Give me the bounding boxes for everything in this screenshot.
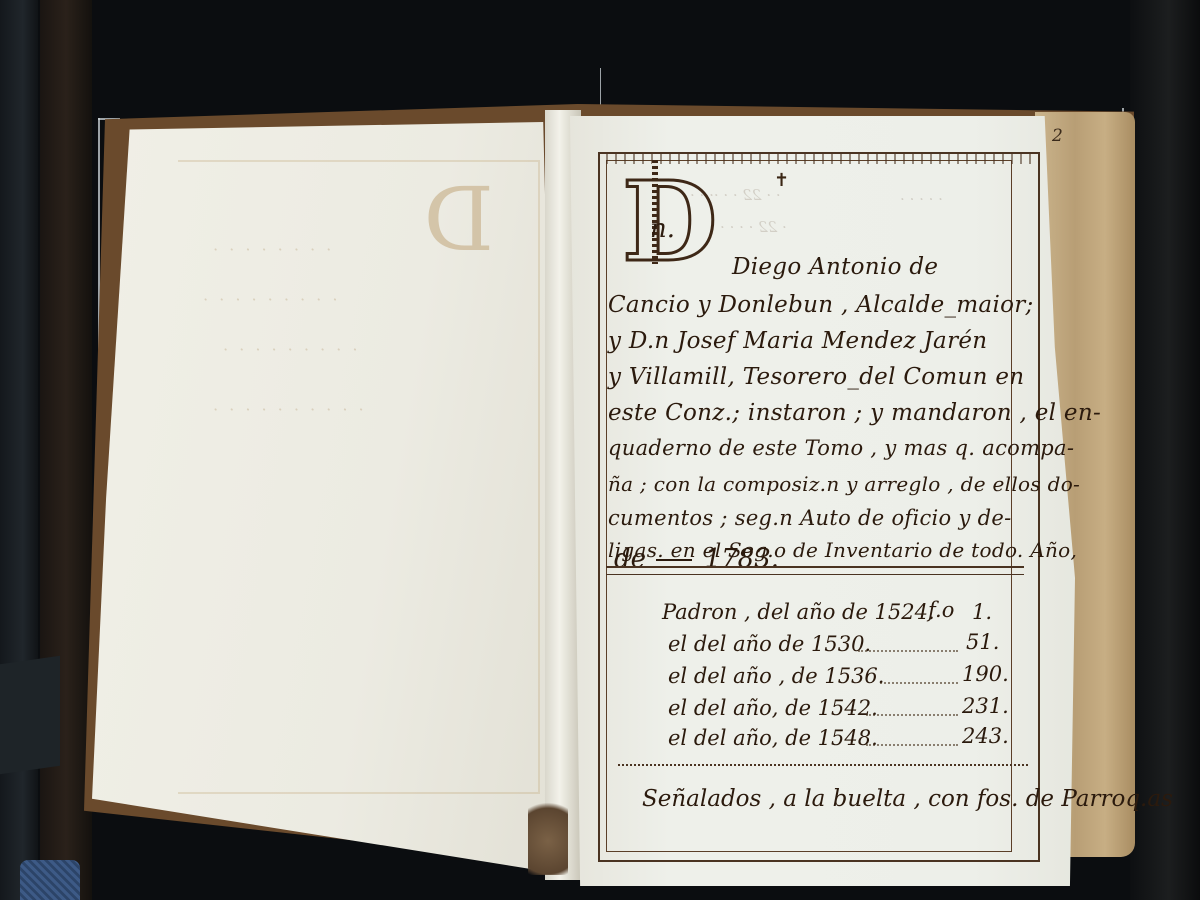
body-line: y Villamill, Tesorero_del Comun en	[608, 364, 1024, 390]
cross-icon: ✝	[774, 170, 789, 191]
alignment-guide-center	[600, 68, 601, 108]
body-line: Cancio y Donlebun , Alcalde_maior;	[608, 292, 1034, 318]
index-entry-label: el del año , de 1536.	[668, 664, 884, 688]
section-divider	[606, 566, 1024, 575]
index-entry-label: Padron , del año de 1524.	[662, 600, 935, 624]
left-page-bleedthrough-text: · · · · · · · ·	[210, 240, 331, 259]
index-folio: 231.	[962, 694, 1009, 718]
index-entry-label: el del año de 1530.	[668, 632, 871, 656]
left-page-bleedthrough-text: · · · · · · · · · ·	[210, 400, 364, 419]
page-tear	[528, 790, 568, 875]
dot-leader	[866, 714, 958, 716]
scanner-clamp	[0, 656, 60, 774]
body-line: cumentos ; seg.n Auto de oficio y de-	[608, 506, 1012, 530]
index-folio: 243.	[962, 724, 1009, 748]
body-line: quaderno de este Tomo , y mas q. acompa-	[608, 436, 1074, 460]
body-line: y D.n Josef Maria Mendez Jarén	[608, 328, 987, 354]
dot-leader	[880, 682, 958, 684]
flourish	[656, 559, 692, 561]
dot-leader	[866, 744, 958, 746]
dotted-divider	[618, 764, 1028, 766]
index-folio: 1.	[972, 600, 992, 624]
dot-leader	[858, 650, 958, 652]
left-page-bleedthrough-initial: D	[414, 176, 494, 266]
body-line: Diego Antonio de	[732, 254, 938, 280]
index-folio: 190.	[962, 662, 1009, 686]
folio-number: 2	[1052, 126, 1063, 146]
left-page-bleedthrough-text: · · · · · · · · ·	[220, 340, 357, 359]
body-line: este Conz.; instaron ; y mandaron , el e…	[608, 400, 1101, 426]
body-line: ña ; con la composiz.n y arreglo , de el…	[608, 472, 1080, 496]
footer-note: Señalados , a la buelta , con fos. de Pa…	[642, 786, 1173, 812]
blue-cloth	[20, 860, 80, 900]
index-entry-label: el del año, de 1548.	[668, 726, 878, 750]
index-entry-label: el del año, de 1542.	[668, 696, 878, 720]
left-page-bleedthrough-text: · · · · · · · · ·	[200, 290, 337, 309]
index-folio-label: f.o	[928, 598, 954, 622]
index-folio: 51.	[966, 630, 999, 654]
scanner-right-rail	[1130, 0, 1200, 900]
initial-abbreviation: n.	[650, 214, 675, 244]
